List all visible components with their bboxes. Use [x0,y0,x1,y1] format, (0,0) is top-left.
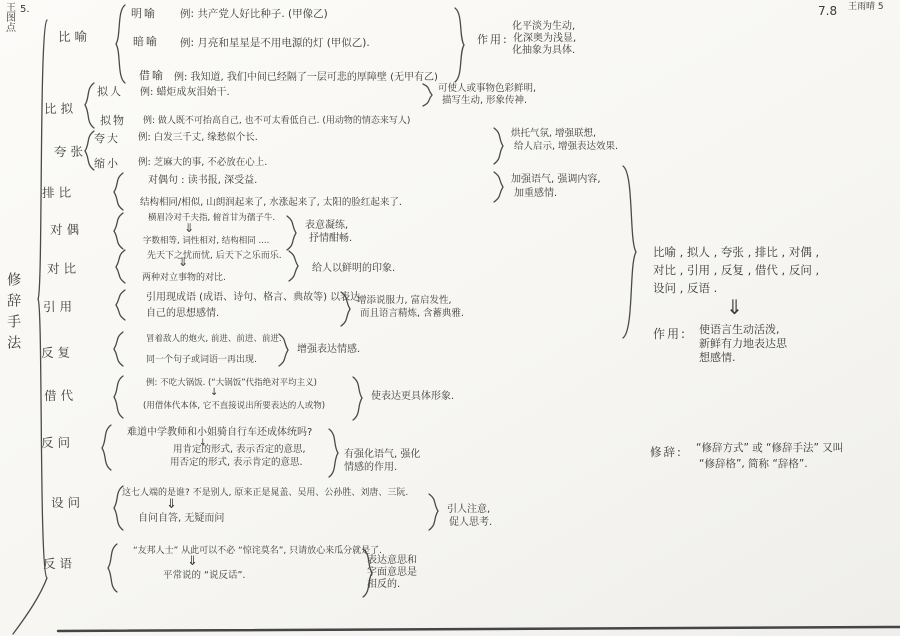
sub-label-anyu: 暗喻 [133,36,159,49]
branch-label-fanyu: 反语 [43,557,76,572]
brace-note-paibi [494,172,503,202]
note-fanyu-1: 表达意思和 [367,555,417,567]
brace-biyu [116,5,125,83]
note-yinyong-2: 而且语言精炼, 含蓄典雅. [360,309,464,320]
brace-note-shewen [429,494,438,530]
corner-note-name: 王图点 [3,2,15,32]
line-jiedai-1: 例: 不吃大锅饭. (“大锅饭”代指绝对平均主义) [146,379,317,389]
branch-label-biyu: 比喻 [58,30,91,45]
summary-list-1: 比喻 , 拟人 , 夸张 , 排比 , 对偶 , [653,246,819,259]
summary-list-2: 对比 , 引用 , 反复 , 借代 , 反问 , [653,264,819,277]
line-jiedai-2: (用借体代本体, 它不直接说出所要表达的人或物) [143,402,325,412]
brace-yinyong [116,290,125,320]
arrow-duiou-icon: ⇓ [184,222,194,236]
brace-note-jiedai [353,377,362,420]
branch-label-kuazhang: 夸张 [54,145,87,160]
summary-note-1: 使语言生动活泼, [699,324,780,337]
line-fanyu-2: 平常说的 “说反话”. [163,571,245,582]
note-biyu-3: 化抽象为具体. [512,45,575,57]
example-anyu: 例: 月亮和星星是不用电源的灯 (甲似乙). [180,37,370,49]
page-number: 7.8 [818,5,837,19]
example-kuada: 例: 白发三千丈, 缘愁似个长. [138,133,258,144]
note-yinyong-1: 增添说服力, 富启发性, [357,296,452,307]
sub-label-suoxiao: 缩小 [94,158,120,171]
note-fanyu-2: 字面意思是 [367,567,417,579]
arrow-summary-icon: ⇓ [726,296,743,319]
brace-duibi [116,250,125,283]
line-fanwen-3: 用否定的形式, 表示肯定的意思. [170,458,303,469]
summary-list-3: 设问 , 反语 . [653,282,717,295]
sub-label-mingyu: 明喻 [131,8,157,21]
summary-note-label: 作用: [653,328,687,342]
note-duibi-1: 给人以鲜明的印象. [312,263,395,275]
brace-paibi [114,173,123,210]
brace-duiou [114,213,123,249]
line-duibi-2: 两种对立事物的对比. [142,273,226,283]
sub-label-niwu: 拟物 [100,115,126,128]
branch-label-paibi: 排比 [42,186,75,201]
sub-label-jieyu: 借喻 [139,70,165,83]
note-paibi-2: 加重感情. [514,188,557,200]
root-label: 修辞手法 [5,272,21,356]
brace-note-bini [423,84,432,106]
note-biyu-1: 化平淡为生动, [512,21,575,33]
example-mingyu: 例: 共产党人好比种子. (甲像乙) [180,8,328,20]
note-label-biyu: 作用: [477,34,509,47]
author-name: 王雨晴 5 [848,2,884,12]
line-duiou-2: 字数相等, 词性相对, 结构相同 .... [143,237,269,247]
term-line-2: “修辞格”, 简称 “辞格”. [699,458,808,470]
branch-label-duibi: 对比 [47,262,80,277]
note-duiou-1: 表意凝练, [305,220,348,232]
brace-note-kuazhang [494,128,503,164]
note-biyu-2: 化深奥为浅显, [513,33,576,45]
line-fanfu-1: 冒着敌人的炮火, 前进、前进、前进. [146,335,282,345]
handwritten-mindmap-page: 王图点 5. 7.8 王雨晴 5 修辞手法 比喻 比拟 夸张 排比 对偶 对比 … [0,0,900,636]
line-duiou-1: 横眉冷对千夫指, 俯首甘为孺子牛. [148,214,275,224]
note-shewen-2: 促人思考. [449,517,492,529]
note-fanfu-1: 增强表达情感. [297,344,360,356]
note-kuazhang-2: 给人启示, 增强表达效果. [514,142,618,153]
line-yinyong-1: 引用现成语 (成语、诗句、格言、典故等) 以表达 [146,292,360,304]
note-fanwen-1: 有强化语气, 强化 [344,449,420,461]
line-shewen-2: 自问自答, 无疑而问 [138,513,224,525]
branch-label-yinyong: 引用 [43,300,76,315]
summary-note-2: 新鲜有力地表达思 [699,338,787,351]
arrow-fanyu-icon: ⇓ [187,555,198,570]
example-suoxiao: 例: 芝麻大的事, 不必放在心上. [138,158,267,169]
branch-label-fanfu: 反复 [41,346,74,361]
brace-note-biyu [455,8,464,82]
branch-label-bini: 比拟 [44,102,77,117]
note-fanwen-2: 情感的作用. [344,462,397,474]
branch-label-jiedai: 借代 [44,389,77,404]
sub-label-niren: 拟人 [97,86,123,99]
example-niren: 例: 蜡炬成灰泪始干. [140,87,230,99]
brace-jiedai [114,376,123,418]
branch-label-shewen: 设问 [51,496,84,511]
line-fanyu-1: “友邦人士” 从此可以不必 “惊诧莫名”, 只请放心来瓜分就是了. [133,546,382,556]
sub-label-kuada: 夸大 [94,133,120,146]
term-line-1: “修辞方式” 或 “修辞手法” 又叫 [696,442,843,454]
arrow-jiedai-icon: ↓ [210,387,218,399]
example-niwu: 例: 做人既不可抬高自己, 也不可太看低自己. (用动物的情态来写人) [143,116,410,126]
branch-label-duiou: 对偶 [50,223,83,238]
brace-summary [623,166,636,338]
note-jiedai-1: 使表达更具体形象. [371,391,454,403]
note-bini-1: 可使人或事物色彩鲜明, [438,84,536,95]
corner-note-number: 5. [20,4,30,16]
note-bini-2: 描写生动, 形象传神. [442,96,527,107]
line-fanwen-1: 难道中学教师和小姐骑自行车还成体统吗? [127,427,312,439]
note-kuazhang-1: 烘托气氛, 增强联想, [511,129,596,140]
summary-note-3: 想感情. [699,352,736,365]
arrow-duibi-icon: ⇓ [178,256,188,270]
arrow-shewen-icon: ⇓ [166,498,177,513]
note-shewen-1: 引人注意, [447,504,490,516]
brace-note-fanwen [329,429,338,477]
term-label: 修辞: [650,446,683,459]
note-paibi-1: 加强语气, 强调内容, [511,174,601,186]
example-jieyu: 例: 我知道, 我们中间已经隔了一层可悲的厚障壁 (无甲有乙) [174,72,438,84]
branch-label-fanwen: 反问 [41,436,74,451]
line-shewen-1: 这七人端的是谁? 不是别人, 原来正是晁盖、吴用、公孙胜、刘唐、三阮. [122,488,408,498]
bottom-scan-edge [58,627,900,631]
brace-fanwen [102,425,111,470]
line-duibi-1: 先天下之忧而忧, 后天下之乐而乐. [147,251,282,261]
note-duiou-2: 抒情酣畅. [309,233,352,245]
line-paibi-1: 对偶句 : 读书报, 深受益. [148,175,257,187]
note-fanyu-3: 相反的. [367,579,400,591]
brace-note-duiou [287,216,296,250]
line-fanwen-2: 用肯定的形式, 表示否定的意思, [173,445,306,456]
line-paibi-2: 结构相同/相似, 山朗润起来了, 水涨起来了, 太阳的脸红起来了. [140,198,402,209]
line-fanfu-2: 同一个句子或词语一再出现. [146,355,257,365]
line-yinyong-2: 自己的思想感情. [146,308,219,320]
brace-note-duibi [289,251,298,281]
brace-fanyu [108,544,117,592]
brace-bini [85,83,94,128]
brace-fanfu [114,332,123,366]
